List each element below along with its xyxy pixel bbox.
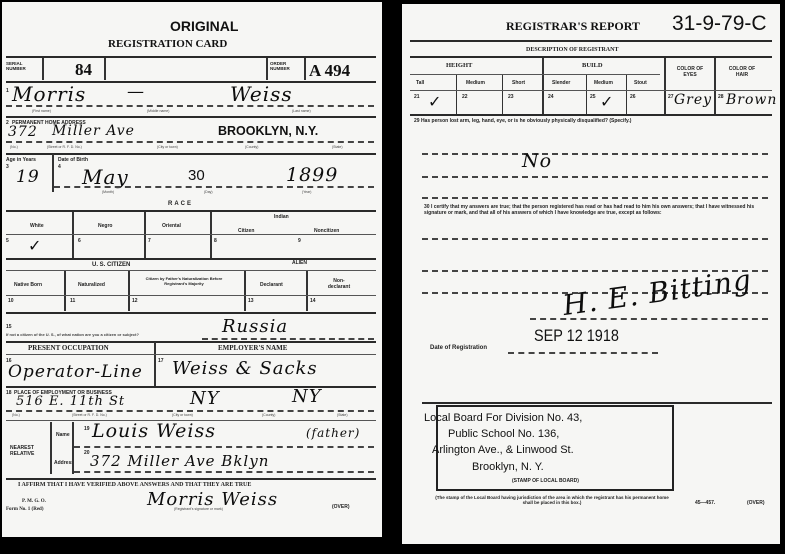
address-city: BROOKLYN, N.Y. [218, 124, 318, 138]
question-30: 30 I certify that my answers are true; t… [424, 204, 776, 216]
question-29: 29 Has person lost arm, leg, hand, eye, … [414, 118, 774, 124]
dob-label: Date of Birth [58, 157, 88, 163]
employer-heading: EMPLOYER'S NAME [218, 344, 287, 352]
over-label: (OVER) [332, 504, 350, 510]
height-tall-checkmark: ✓ [428, 92, 441, 111]
stamp-note: (The stamp of the Local Board having jur… [432, 495, 672, 505]
employment-city: NY [190, 388, 220, 409]
occupation-heading: PRESENT OCCUPATION [28, 344, 109, 352]
eye-color-heading: COLOR OF EYES [676, 66, 704, 78]
stamp-line-2: Public School No. 136, [448, 428, 559, 440]
card-title: ORIGINAL [170, 18, 238, 34]
form-number: Form No. 1 (Red) [6, 507, 44, 512]
alien-country: Russia [222, 316, 288, 337]
card-subtitle: REGISTRATION CARD [108, 38, 227, 50]
order-number: A 494 [309, 61, 350, 81]
age-value: 19 [16, 167, 40, 187]
registrant-last-name: Weiss [230, 82, 293, 106]
dob-year: 1899 [286, 164, 338, 186]
dob-day: 30 [188, 167, 205, 184]
serial-number: 84 [75, 60, 92, 80]
serial-number-label: SERIAL NUMBER [6, 61, 40, 71]
nearest-relative-label: NEAREST RELATIVE [10, 445, 46, 457]
stamp-line-3: Arlington Ave., & Linwood St. [432, 444, 574, 456]
employer-value: Weiss & Sacks [172, 358, 318, 379]
stamp-line-4: Brooklyn, N. Y. [472, 461, 544, 473]
back-over-label: (OVER) [747, 500, 765, 506]
alien-heading: ALIEN [292, 260, 307, 266]
height-heading: HEIGHT [446, 62, 472, 69]
employment-street: 516 E. 11th St [16, 394, 125, 409]
build-medium-checkmark: ✓ [600, 92, 613, 111]
form-code: P. M. G. O. [22, 499, 46, 504]
stamp-line-1: Local Board For Division No. 43, [424, 412, 582, 424]
address-number: 372 [8, 124, 38, 140]
age-label: Age in Years [6, 157, 36, 163]
eye-color-value: Grey [674, 92, 712, 108]
description-heading: DESCRIPTION OF REGISTRANT [526, 47, 618, 53]
signature-label: (Registrant's signature or mark) [174, 507, 223, 511]
report-title: REGISTRAR'S REPORT [506, 19, 640, 34]
registration-date: SEP 12 1918 [534, 326, 619, 346]
registrars-report-back: REGISTRAR'S REPORT 31-9-79-C DESCRIPTION… [402, 4, 780, 544]
relative-relation: (father) [306, 426, 360, 440]
occupation-value: Operator-Line [8, 362, 143, 382]
hair-color-heading: COLOR OF HAIR [728, 66, 756, 78]
race-heading: RACE [168, 201, 193, 207]
hair-color-value: Brown [726, 92, 777, 108]
relative-name: Louis Weiss [92, 420, 216, 442]
order-number-label: ORDER NUMBER [270, 61, 304, 71]
relative-address: 372 Miller Ave Bklyn [90, 452, 269, 470]
affirmation-text: I AFFIRM THAT I HAVE VERIFIED ABOVE ANSW… [18, 482, 251, 488]
stamp-caption: (STAMP OF LOCAL BOARD) [512, 478, 579, 484]
employment-state: NY [292, 386, 322, 407]
race-white-checkmark: ✓ [28, 236, 41, 255]
us-citizen-heading: U. S. CITIZEN [92, 262, 130, 268]
registrant-first-name: Morris [12, 82, 86, 106]
question-29-answer: No [522, 150, 552, 172]
registrant-middle-name: — [127, 82, 145, 102]
registration-date-label: Date of Registration [430, 345, 487, 351]
registration-card-front: ORIGINAL REGISTRATION CARD SERIAL NUMBER… [2, 2, 382, 537]
report-code: 31-9-79-C [672, 12, 767, 36]
form-print-code: 45—457. [695, 500, 715, 506]
build-heading: BUILD [582, 62, 603, 69]
address-street: Miller Ave [52, 123, 135, 139]
alien-question: If not a citizen of the U. S., of what n… [6, 332, 139, 337]
